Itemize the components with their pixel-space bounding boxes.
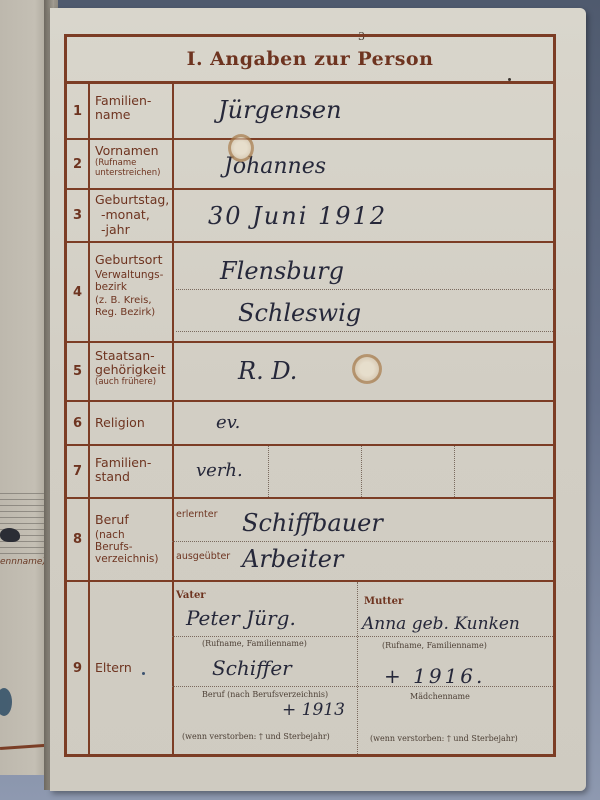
personal-data-form: I. Angaben zur Person 1 Familien- name J… — [64, 34, 556, 757]
row-number: 1 — [67, 84, 90, 138]
label-line: Geburtstag, — [95, 192, 172, 207]
rust-stain — [352, 354, 382, 384]
label-line: Eltern — [95, 661, 132, 675]
label-note: unterstreichen) — [95, 168, 172, 178]
label-note: Verwaltungs- — [95, 269, 172, 281]
field-label: Geburtstag, -monat, -jahr — [92, 190, 174, 241]
dotted-guide — [172, 541, 553, 542]
row-occupation: 8 Beruf (nach Berufs- verzeichnis) erler… — [67, 499, 553, 582]
field-label: Familien- stand — [92, 446, 174, 497]
father-occupation-caption: Beruf (nach Berufsverzeichnis) — [202, 690, 328, 699]
label-note: verzeichnis) — [95, 553, 172, 565]
label-note: bezirk — [95, 281, 172, 293]
learned-occupation-label: erlernter — [176, 509, 217, 520]
label-note: Berufs- — [95, 541, 172, 553]
row-citizenship: 5 Staatsan- gehörigkeit (auch frühere) R… — [67, 343, 553, 402]
handwritten-value: verh. — [196, 460, 243, 481]
birth-date-value: 30 Juni 1912 — [176, 190, 553, 241]
handwritten-birthplace: Flensburg — [220, 257, 344, 285]
handwritten-practiced-occupation: Arbeiter — [242, 545, 343, 573]
parents-value: Vater Peter Jürg. (Rufname, Familienname… — [172, 582, 553, 754]
row-religion: 6 Religion ev. — [67, 402, 553, 446]
dotted-guide — [172, 636, 553, 637]
paper-speck — [508, 78, 511, 81]
marital-status-value: verh. — [176, 446, 553, 497]
row-birthplace: 4 Geburtsort Verwaltungs- bezirk (z. B. … — [67, 243, 553, 343]
label-line: gehörigkeit — [95, 363, 172, 377]
label-line: Vornamen — [95, 144, 172, 158]
handwritten-learned-occupation: Schiffbauer — [242, 509, 383, 537]
dotted-divider — [268, 446, 269, 497]
paper-speck — [142, 672, 145, 675]
label-line: -jahr — [95, 222, 172, 237]
handwritten-father-name: Peter Jürg. — [186, 606, 296, 630]
handwritten-value: ev. — [216, 412, 240, 433]
father-death-caption: (wenn verstorben: † und Sterbejahr) — [182, 732, 330, 741]
handwritten-value: 30 Juni 1912 — [208, 202, 387, 230]
label-note: Reg. Bezirk) — [95, 307, 172, 319]
label-line: Geburtsort — [95, 253, 172, 267]
blue-stamp-fragment — [0, 688, 12, 716]
field-label: Beruf (nach Berufs- verzeichnis) — [92, 499, 174, 580]
practiced-occupation-label: ausgeübter — [176, 551, 230, 562]
handwritten-value: R. D. — [238, 357, 297, 385]
birthplace-value: Flensburg Schleswig — [176, 243, 553, 341]
family-name-value: Jürgensen — [176, 84, 553, 138]
label-note: (auch frühere) — [95, 377, 172, 387]
row-birth-date: 3 Geburtstag, -monat, -jahr 30 Juni 1912 — [67, 190, 553, 243]
label-note: (Rufname — [95, 158, 172, 168]
label-line: Staatsan- — [95, 349, 172, 363]
handwritten-father-occupation: Schiffer — [212, 656, 292, 680]
label-line: Religion — [95, 416, 145, 430]
row-first-names: 2 Vornamen (Rufname unterstreichen) Joha… — [67, 140, 553, 190]
row-parents: 9 Eltern Vater Peter Jürg. (Rufname, Fam… — [67, 582, 553, 754]
field-label: Familien- name — [92, 84, 174, 138]
label-line: Familien- — [95, 456, 172, 470]
ink-signature-fragment — [0, 528, 20, 542]
occupation-value: erlernter ausgeübter Schiffbauer Arbeite… — [172, 499, 553, 580]
religion-value: ev. — [176, 402, 553, 444]
row-number: 4 — [67, 243, 90, 341]
mother-name-caption: (Rufname, Familienname) — [382, 641, 487, 650]
father-heading: Vater — [176, 590, 206, 601]
field-label: Staatsan- gehörigkeit (auch frühere) — [92, 343, 174, 400]
row-number: 7 — [67, 446, 90, 497]
field-label: Geburtsort Verwaltungs- bezirk (z. B. Kr… — [92, 243, 174, 341]
field-label: Eltern — [92, 582, 174, 754]
mother-maiden-name-caption: Mädchenname — [410, 692, 470, 701]
label-note: (nach — [95, 529, 172, 541]
label-line: -monat, — [95, 207, 172, 222]
row-number: 6 — [67, 402, 90, 444]
previous-page-text-fragment: ennname) — [0, 557, 46, 567]
dotted-divider — [454, 446, 455, 497]
father-name-caption: (Rufname, Familienname) — [202, 639, 307, 648]
label-line: stand — [95, 470, 172, 484]
rust-stain — [228, 134, 254, 162]
dotted-guide — [172, 686, 553, 687]
label-note: (z. B. Kreis, — [95, 295, 172, 307]
field-label: Religion — [92, 402, 174, 444]
row-number: 3 — [67, 190, 90, 241]
label-line: name — [95, 108, 172, 122]
handwritten-district: Schleswig — [238, 299, 361, 327]
dotted-divider — [361, 446, 362, 497]
row-family-name: 1 Familien- name Jürgensen — [67, 84, 553, 140]
mother-death-caption: (wenn verstorben: † und Sterbejahr) — [370, 734, 518, 743]
row-marital-status: 7 Familien- stand verh. — [67, 446, 553, 499]
row-number: 2 — [67, 140, 90, 188]
dotted-guide — [176, 289, 553, 290]
row-number: 8 — [67, 499, 90, 580]
row-number: 9 — [67, 582, 90, 754]
label-line: Beruf — [95, 513, 172, 527]
handwritten-mother-death-year: + 1916. — [384, 664, 485, 688]
handwritten-mother-name: Anna geb. Kunken — [362, 614, 520, 634]
handwritten-value: Jürgensen — [218, 96, 342, 124]
section-title: I. Angaben zur Person — [67, 37, 553, 84]
dotted-guide — [176, 331, 553, 332]
row-number: 5 — [67, 343, 90, 400]
handwritten-father-death-year: + 1913 — [282, 700, 345, 720]
field-label: Vornamen (Rufname unterstreichen) — [92, 140, 174, 188]
dotted-divider — [357, 582, 358, 754]
label-line: Familien- — [95, 94, 172, 108]
mother-heading: Mutter — [364, 596, 403, 607]
